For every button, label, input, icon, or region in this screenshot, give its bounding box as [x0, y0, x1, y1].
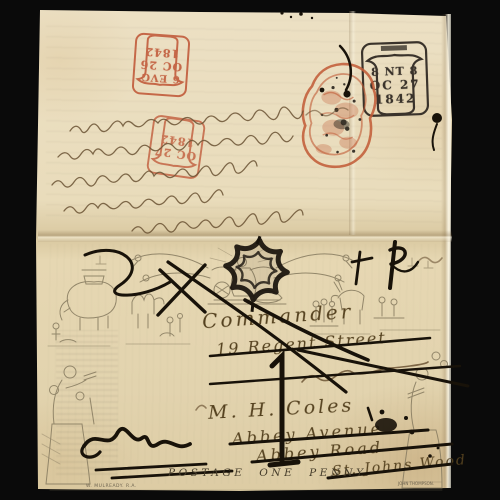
black-datestamp-icon: 8 NT 8 OC 27 1842: [359, 39, 432, 119]
artist-credit: W. MULREADY. R.A.: [86, 484, 137, 489]
datestamp-line: 1842: [144, 45, 179, 60]
datestamp-line: 1842: [375, 91, 417, 106]
red-datestamp-inverted-2-icon: OC 27 1842: [142, 112, 210, 182]
vertical-fold-crease: [349, 11, 356, 235]
engraver-credit: JOHN THOMPSON.: [398, 481, 434, 486]
red-datestamp-inverted-1-icon: 6 EVG OC 26 1842: [130, 30, 192, 100]
horizontal-fold-crease: [38, 230, 452, 242]
postage-one-penny-caption: POSTAGE ONE PENNY.: [168, 467, 372, 479]
paper-right-edge: [441, 14, 451, 488]
auction-photo-mulready-cover: 6 EVG OC 26 1842 OC 27 1842 8 NT 8 OC 27…: [0, 0, 500, 500]
